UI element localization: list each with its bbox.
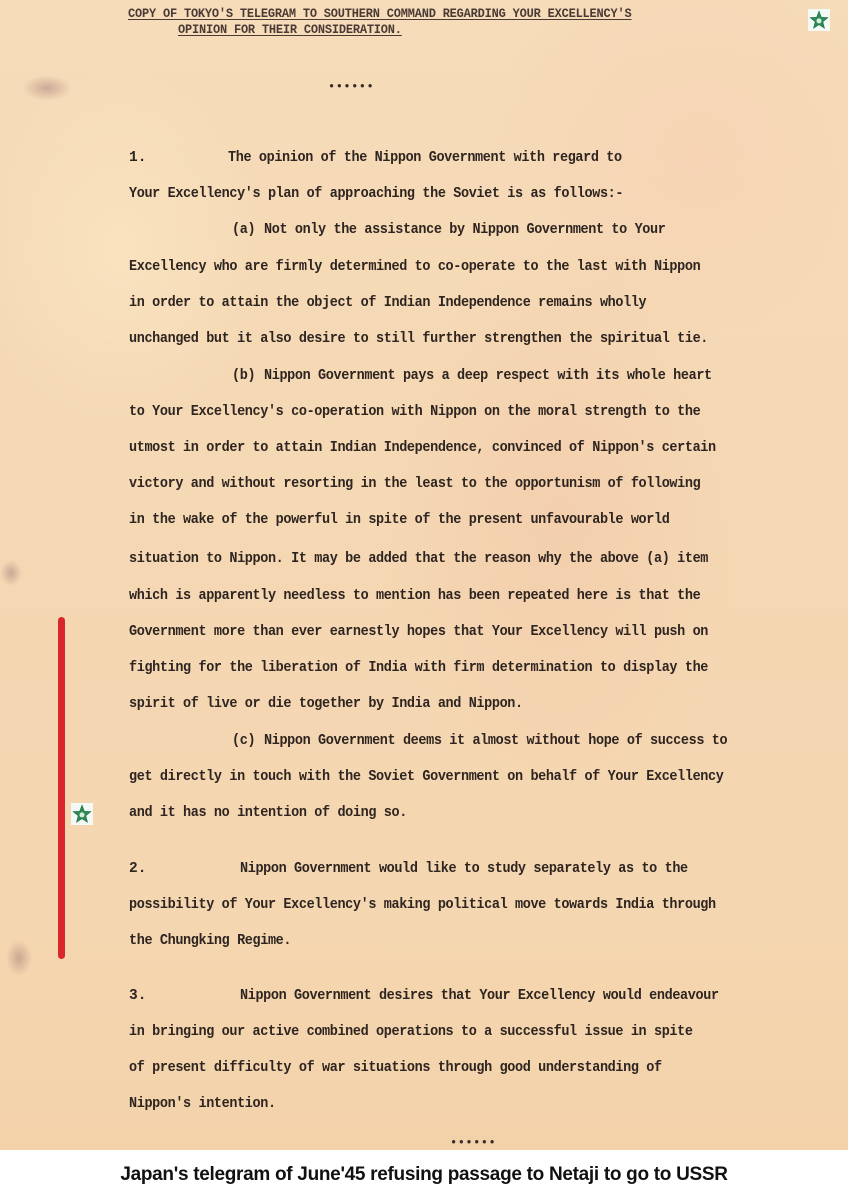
red-margin-highlight — [58, 617, 65, 959]
star-watermark-badge — [808, 9, 830, 31]
text-line: Your Excellency's plan of approaching th… — [129, 186, 623, 202]
paragraph-number: 3. — [129, 988, 146, 1004]
document-scan: COPY OF TOKYO'S TELEGRAM TO SOUTHERN COM… — [0, 0, 848, 1150]
text-line: which is apparently needless to mention … — [129, 588, 700, 604]
paragraph-number: 2. — [129, 861, 146, 877]
text-line: situation to Nippon. It may be added tha… — [129, 551, 708, 567]
text-line: Nippon Government deems it almost withou… — [264, 733, 727, 749]
title-separator: •••••• — [328, 80, 374, 94]
text-line: get directly in touch with the Soviet Go… — [129, 769, 723, 785]
footer-separator: •••••• — [450, 1136, 496, 1150]
text-line: and it has no intention of doing so. — [129, 805, 407, 821]
text-line: victory and without resorting in the lea… — [129, 476, 700, 492]
text-line: Not only the assistance by Nippon Govern… — [264, 222, 665, 238]
image-caption: Japan's telegram of June'45 refusing pas… — [0, 1150, 848, 1200]
text-line: Government more than ever earnestly hope… — [129, 624, 708, 640]
text-line: unchanged but it also desire to still fu… — [129, 331, 708, 347]
subitem-label: (a) — [232, 222, 255, 238]
text-line: Nippon's intention. — [129, 1096, 276, 1112]
text-line: fighting for the liberation of India wit… — [129, 660, 708, 676]
subitem-label: (b) — [232, 368, 255, 384]
text-line: the Chungking Regime. — [129, 933, 291, 949]
document-title-line-1: COPY OF TOKYO'S TELEGRAM TO SOUTHERN COM… — [128, 6, 632, 21]
star-watermark-badge — [71, 803, 93, 825]
text-line: of present difficulty of war situations … — [129, 1060, 662, 1076]
paper-stain — [22, 75, 72, 101]
paragraph-number: 1. — [129, 150, 146, 166]
paper-stain — [6, 940, 32, 976]
text-line: in the wake of the powerful in spite of … — [129, 512, 669, 528]
text-line: The opinion of the Nippon Government wit… — [228, 150, 622, 166]
subitem-label: (c) — [232, 733, 255, 749]
text-line: to Your Excellency's co-operation with N… — [129, 404, 700, 420]
green-star-icon — [72, 804, 92, 824]
document-title-line-2: OPINION FOR THEIR CONSIDERATION. — [178, 22, 402, 37]
text-line: possibility of Your Excellency's making … — [129, 897, 716, 913]
text-line: Nippon Government pays a deep respect wi… — [264, 368, 712, 384]
text-line: Nippon Government desires that Your Exce… — [240, 988, 719, 1004]
green-star-icon — [809, 10, 829, 30]
text-line: spirit of live or die together by India … — [129, 696, 523, 712]
text-line: in order to attain the object of Indian … — [129, 295, 646, 311]
text-line: Nippon Government would like to study se… — [240, 861, 688, 877]
text-line: in bringing our active combined operatio… — [129, 1024, 693, 1040]
paper-stain — [0, 560, 22, 586]
text-line: utmost in order to attain Indian Indepen… — [129, 440, 716, 456]
text-line: Excellency who are firmly determined to … — [129, 259, 700, 275]
